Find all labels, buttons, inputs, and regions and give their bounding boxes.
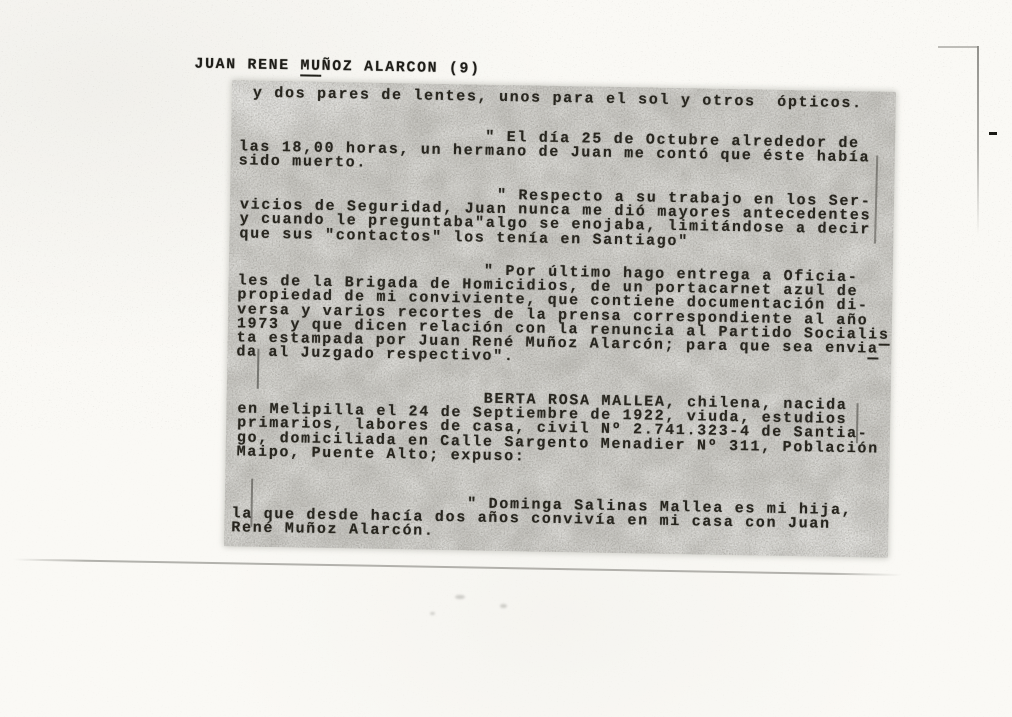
underlying-sheet-right-edge: [977, 46, 979, 236]
typed-paragraph-entrega-portacarnet: " Por último hago entrega a Oficia-les d…: [236, 260, 890, 371]
typed-paragraph-berta-rosa-mallea: BERTA ROSA MALLEA, chilena, nacidaen Mel…: [237, 388, 880, 470]
photocopied-text-block: y dos pares de lentes, unos para el sol …: [224, 80, 896, 558]
smudge-mark: [500, 604, 507, 608]
underlying-sheet-top-edge: [938, 46, 978, 48]
document-header: JUAN RENE MUÑOZ ALARCON (9): [194, 56, 481, 78]
typed-paragraph-servicios-seguridad: " Respecto a su trabajo en los Ser-vicio…: [239, 184, 871, 252]
header-text-pre: JUAN RENE: [194, 56, 300, 75]
ink-dash-right-margin: [989, 132, 997, 135]
scanned-document-page: JUAN RENE MUÑOZ ALARCON (9) y dos pares …: [0, 0, 1012, 717]
sheet-bottom-edge-line: [14, 559, 902, 576]
smudge-mark: [455, 595, 465, 599]
header-text-post: ÑOZ ALARCON (9): [321, 58, 480, 78]
smudge-mark: [430, 612, 435, 615]
scan-skew-layer: JUAN RENE MUÑOZ ALARCON (9) y dos pares …: [0, 0, 1012, 717]
header-text-underlined: MU: [300, 57, 322, 76]
